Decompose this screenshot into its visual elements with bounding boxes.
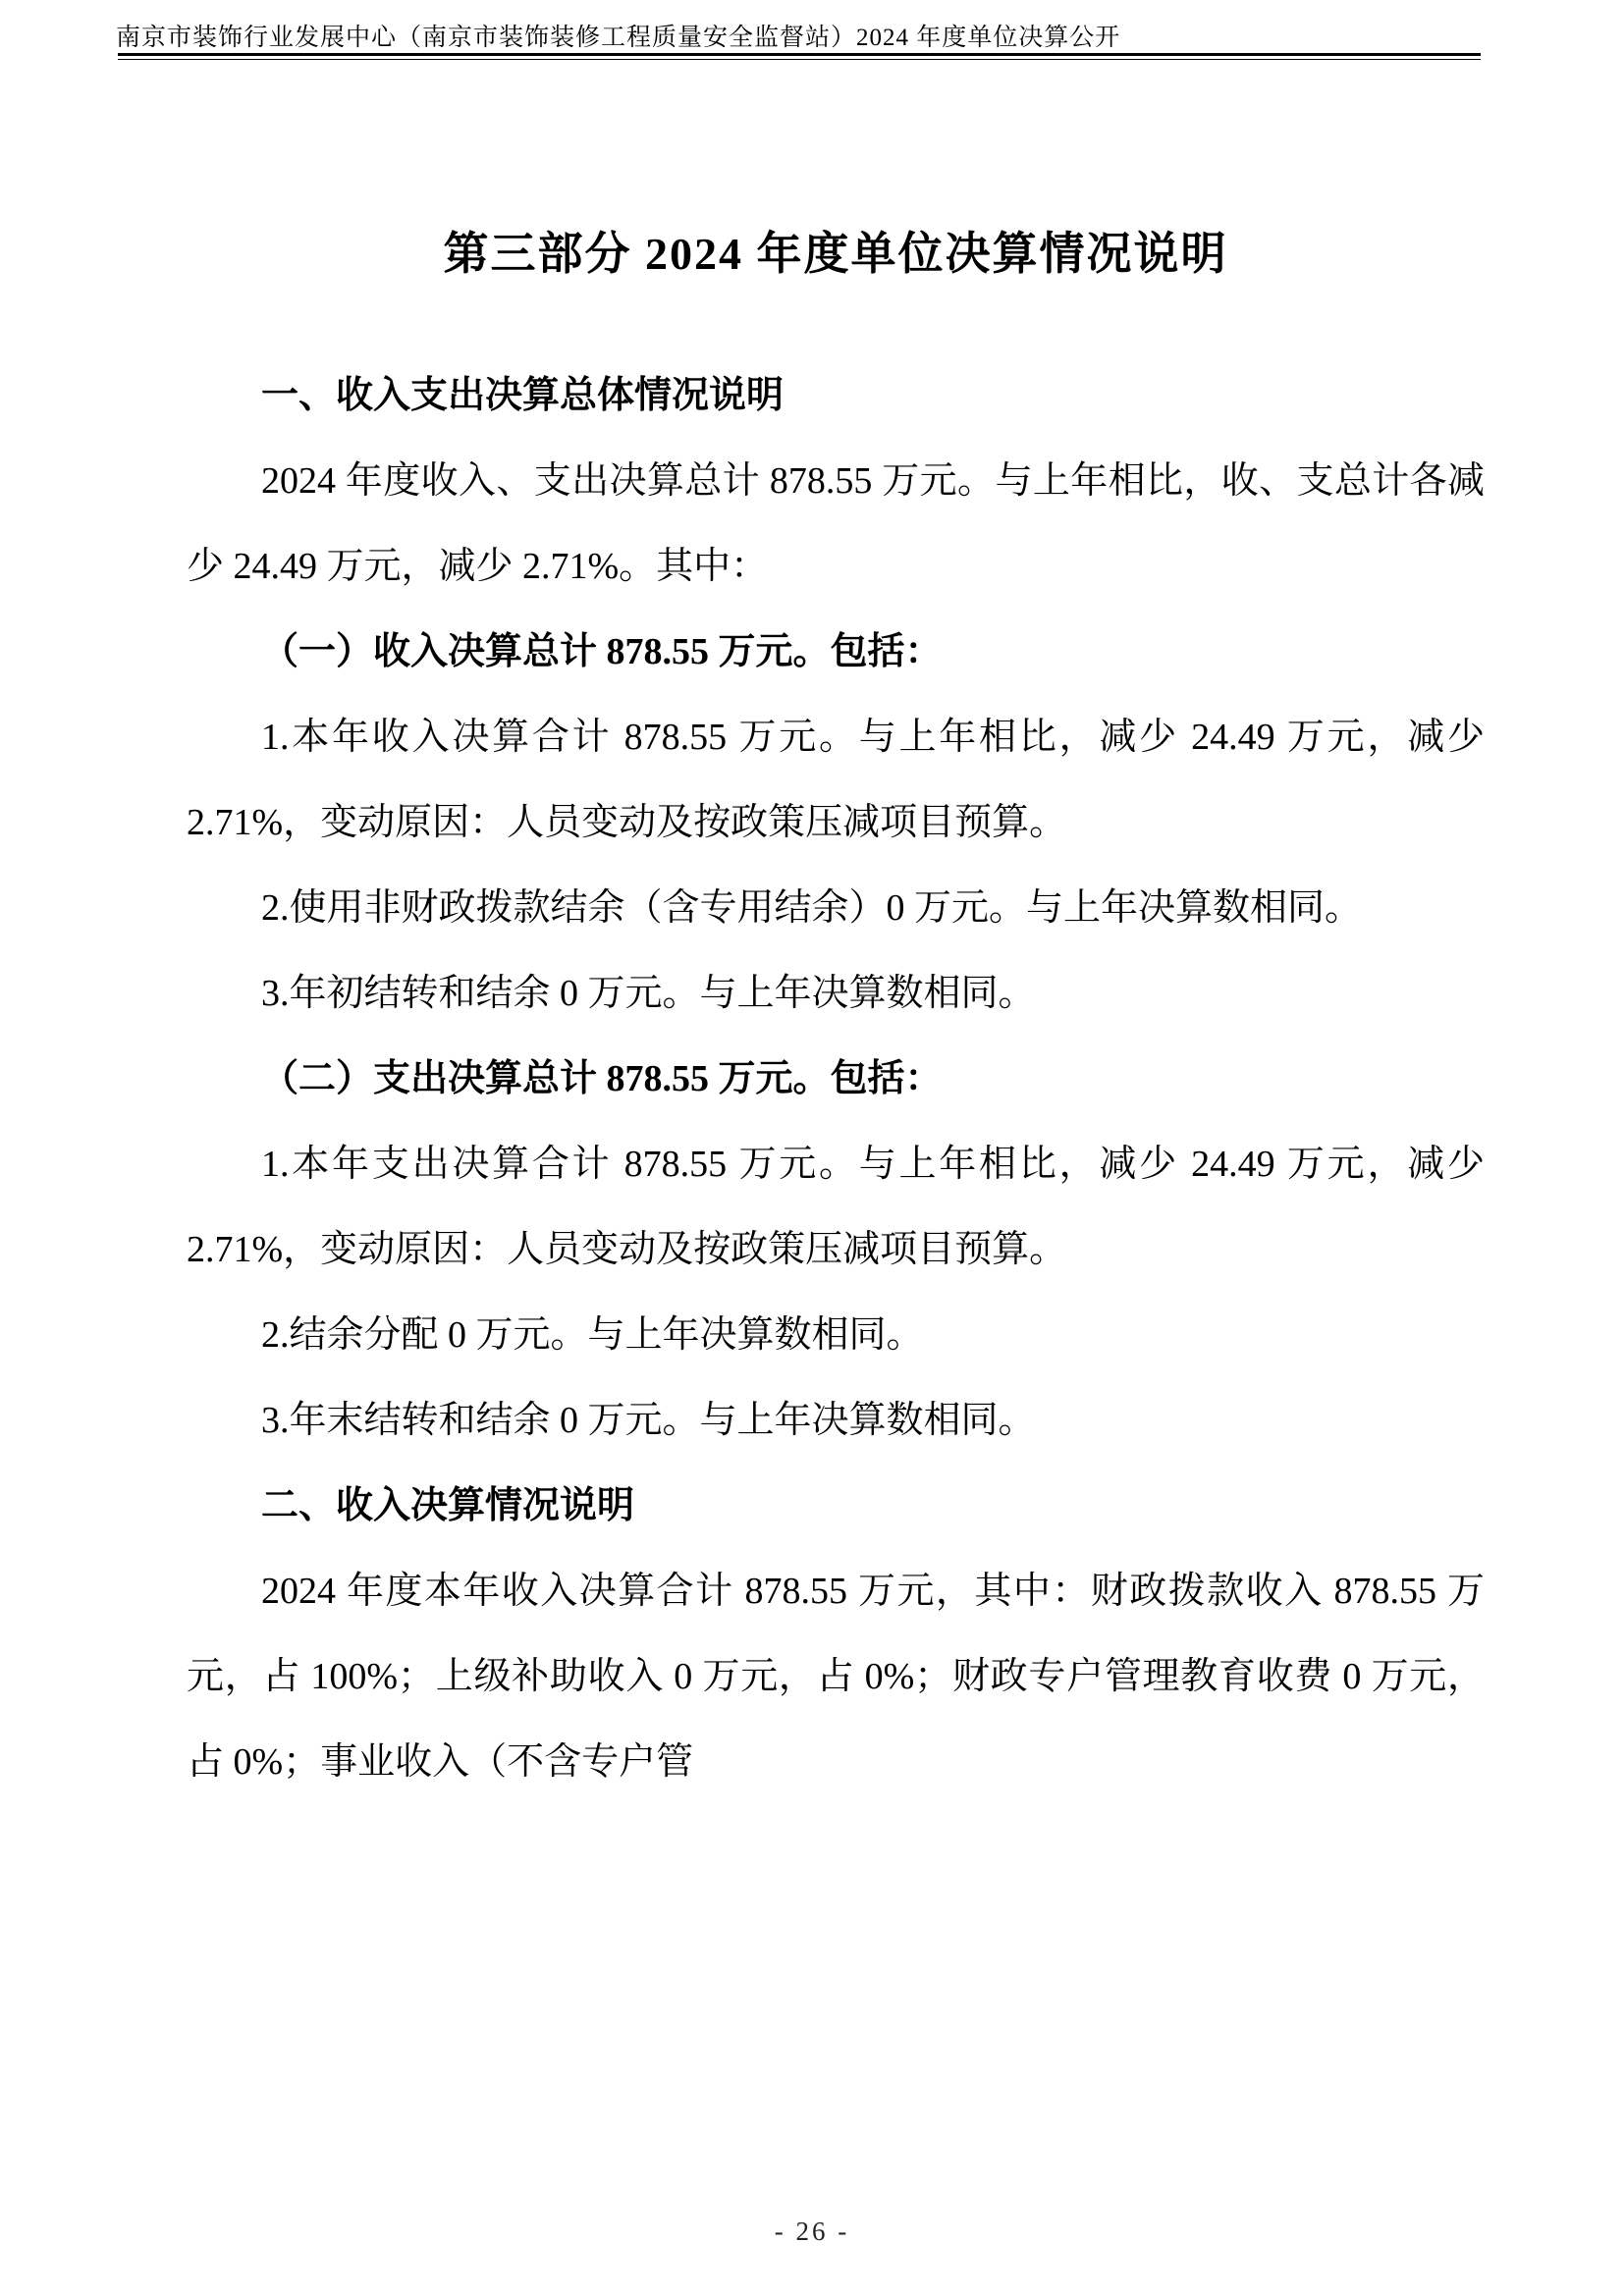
page-number: - 26 - [0, 2216, 1624, 2247]
section-heading: 一、收入支出决算总体情况说明 [187, 353, 1485, 439]
paragraph: 3.年初结转和结余 0 万元。与上年决算数相同。 [187, 951, 1485, 1037]
document-body: 一、收入支出决算总体情况说明2024 年度收入、支出决算总计 878.55 万元… [187, 353, 1485, 1805]
section-heading: （二）支出决算总计 878.55 万元。包括： [187, 1037, 1485, 1122]
section-heading: （一）收入决算总计 878.55 万元。包括： [187, 610, 1485, 695]
section-heading: 二、收入决算情况说明 [187, 1464, 1485, 1549]
paragraph: 2024 年度本年收入决算合计 878.55 万元，其中：财政拨款收入 878.… [187, 1549, 1485, 1805]
paragraph: 1.本年收入决算合计 878.55 万元。与上年相比，减少 24.49 万元，减… [187, 695, 1485, 866]
page-title: 第三部分 2024 年度单位决算情况说明 [187, 218, 1485, 283]
paragraph: 2024 年度收入、支出决算总计 878.55 万元。与上年相比，收、支总计各减… [187, 439, 1485, 610]
document-page: 南京市装饰行业发展中心（南京市装饰装修工程质量安全监督站）2024 年度单位决算… [0, 0, 1624, 2296]
document-header-title: 南京市装饰行业发展中心（南京市装饰装修工程质量安全监督站）2024 年度单位决算… [116, 18, 1120, 53]
paragraph: 2.使用非财政拨款结余（含专用结余）0 万元。与上年决算数相同。 [187, 866, 1485, 951]
paragraph: 1.本年支出决算合计 878.55 万元。与上年相比，减少 24.49 万元，减… [187, 1122, 1485, 1293]
paragraph: 3.年末结转和结余 0 万元。与上年决算数相同。 [187, 1378, 1485, 1464]
header-divider-rule [118, 53, 1481, 60]
paragraph: 2.结余分配 0 万元。与上年决算数相同。 [187, 1293, 1485, 1378]
